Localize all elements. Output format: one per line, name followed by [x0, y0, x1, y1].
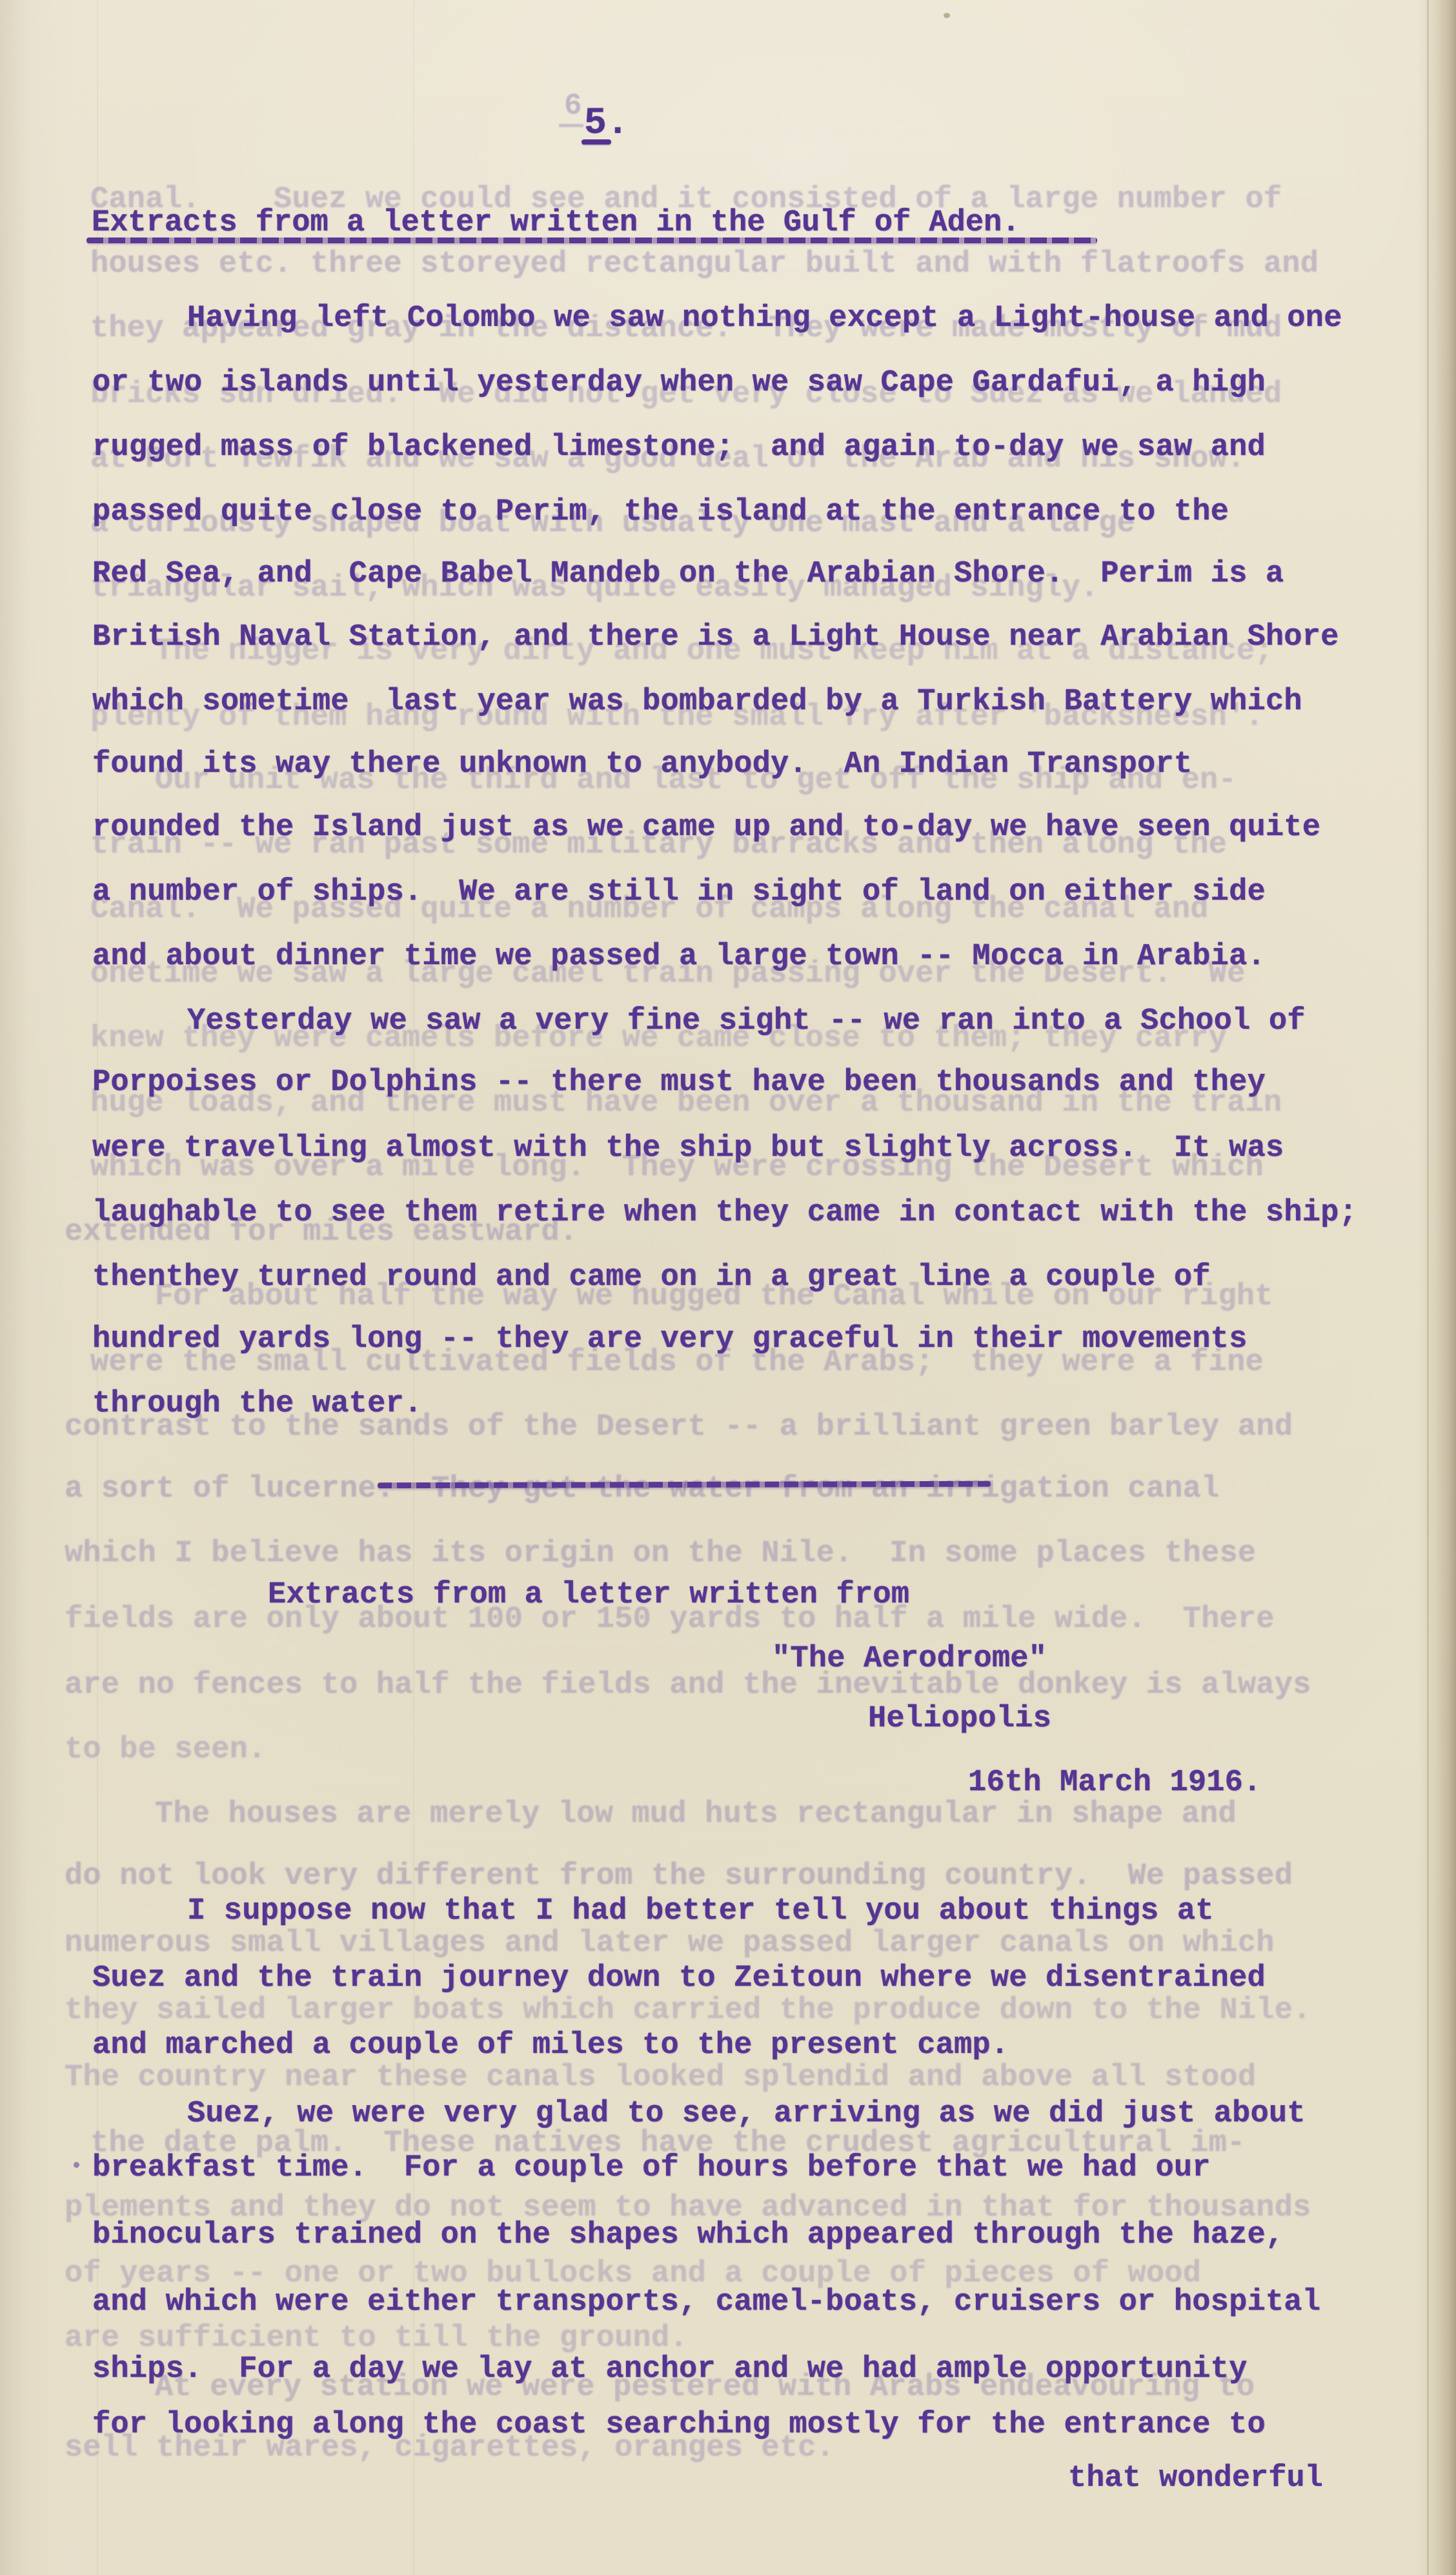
typed-line: laughable to see them retire when they c… — [92, 1197, 1357, 1230]
typed-line: ships. For a day we lay at anchor and we… — [92, 2353, 1248, 2387]
page-number-underline — [581, 139, 611, 145]
typed-line: or two islands until yesterday when we s… — [92, 367, 1266, 400]
ghost-line: numerous small villages and later we pas… — [65, 1927, 1275, 1961]
typed-line: rounded the Island just as we came up an… — [92, 811, 1320, 845]
typed-line: Yesterday we saw a very fine sight -- we… — [187, 1005, 1306, 1038]
ghost-line: are no fences to half the fields and the… — [65, 1669, 1311, 1702]
typed-line: hundred yards long -- they are very grac… — [92, 1323, 1248, 1357]
paper-speck — [944, 13, 950, 18]
ghost-line: houses etc. three storeyed rectangular b… — [90, 248, 1319, 281]
ghost-line: The houses are merely low mud huts recta… — [155, 1798, 1237, 1832]
typed-line: Red Sea, and Cape Babel Mandeb on the Ar… — [92, 558, 1284, 591]
page-number: 5. — [584, 105, 629, 143]
typed-line: Porpoises or Dolphins -- there must have… — [92, 1066, 1266, 1100]
ghost-line: a sort of lucerne. They get the water fr… — [65, 1473, 1220, 1506]
catchword: that wonderful — [1068, 2462, 1323, 2496]
typed-line: Extracts from a letter written from — [268, 1579, 909, 1612]
typed-line: were travelling almost with the ship but… — [92, 1132, 1284, 1166]
ghost-line: are sufficient to till the ground. — [65, 2322, 688, 2356]
typed-line: and marched a couple of miles to the pre… — [92, 2029, 1009, 2063]
page-edge-shadow — [1417, 0, 1456, 2575]
typed-line: breakfast time. For a couple of hours be… — [92, 2152, 1211, 2185]
ghost-line: they sailed larger boats which carried t… — [65, 1994, 1311, 2028]
typed-line: binoculars trained on the shapes which a… — [92, 2219, 1284, 2252]
typed-line: "The Aerodrome" — [772, 1642, 1047, 1676]
typed-line: I suppose now that I had better tell you… — [187, 1895, 1214, 1928]
typed-line: 16th March 1916. — [968, 1766, 1261, 1800]
ghost-page-number-underline — [559, 124, 583, 127]
document-page: 6 5. Extracts from a letter written in t… — [0, 0, 1456, 2575]
typed-line: for looking along the coast searching mo… — [92, 2408, 1266, 2442]
typed-line: through the water. — [92, 1388, 422, 1421]
ghost-page-number: 6 — [564, 90, 582, 121]
typed-line: and about dinner time we passed a large … — [92, 940, 1266, 974]
typed-line: Heliopolis — [868, 1702, 1051, 1736]
ghost-line: The country near these canals looked spl… — [65, 2061, 1256, 2095]
typed-line: found its way there unknown to anybody. … — [92, 748, 1192, 782]
ghost-line: do not look very different from the surr… — [65, 1860, 1293, 1893]
ghost-line: which I believe has its origin on the Ni… — [65, 1537, 1256, 1571]
typed-line: passed quite close to Perim, the island … — [92, 496, 1229, 529]
ghost-line: Canal. Suez we could see and it consiste… — [90, 183, 1282, 217]
typed-line: British Naval Station, and there is a Li… — [92, 621, 1339, 654]
typed-line: a number of ships. We are still in sight… — [92, 876, 1266, 909]
typed-line: and which were either transports, camel-… — [92, 2286, 1320, 2319]
typed-line: thenthey turned round and came on in a g… — [92, 1261, 1211, 1295]
typed-line: rugged mass of blackened limestone; and … — [92, 431, 1266, 465]
typed-line: Suez and the train journey down to Zeito… — [92, 1962, 1266, 1995]
typed-line: Having left Colombo we saw nothing excep… — [187, 302, 1342, 336]
ghost-line: to be seen. — [65, 1733, 266, 1767]
ink-speck — [74, 2162, 79, 2168]
typed-line: Suez, we were very glad to see, arriving… — [187, 2097, 1306, 2131]
typed-line: which sometime last year was bombarded b… — [92, 685, 1302, 719]
heading-underline — [86, 237, 1097, 243]
